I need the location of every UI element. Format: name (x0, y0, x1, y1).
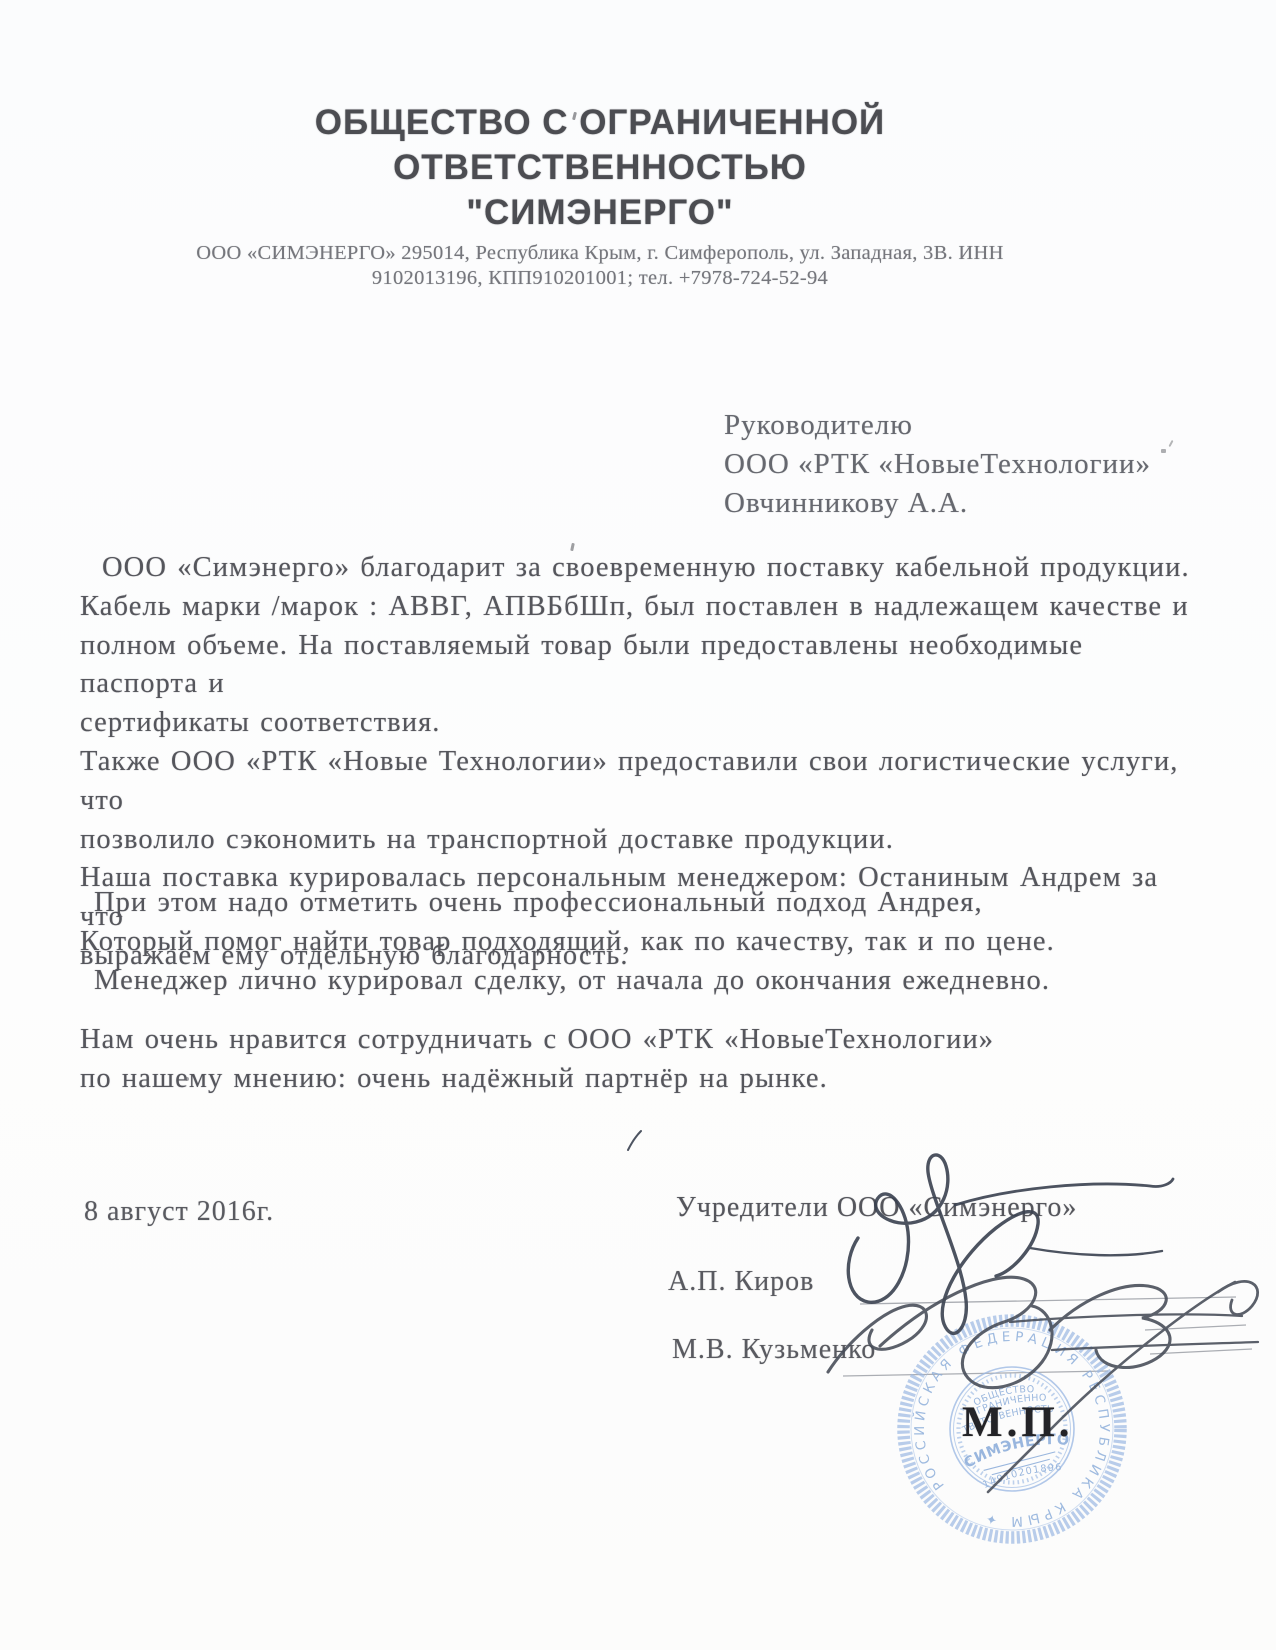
stamp-place-mp-label: М.П. (962, 1398, 1074, 1447)
scanned-letter-page: ОБЩЕСТВО С ОГРАНИЧЕННОЙ ОТВЕТСТВЕННОСТЬЮ… (0, 0, 1276, 1650)
stamp-and-signatures-layer: РОССИЙСКАЯ ФЕДЕРАЦИЯ РЕСПУБЛИКА КРЫМ ✦ О… (0, 0, 1276, 1650)
